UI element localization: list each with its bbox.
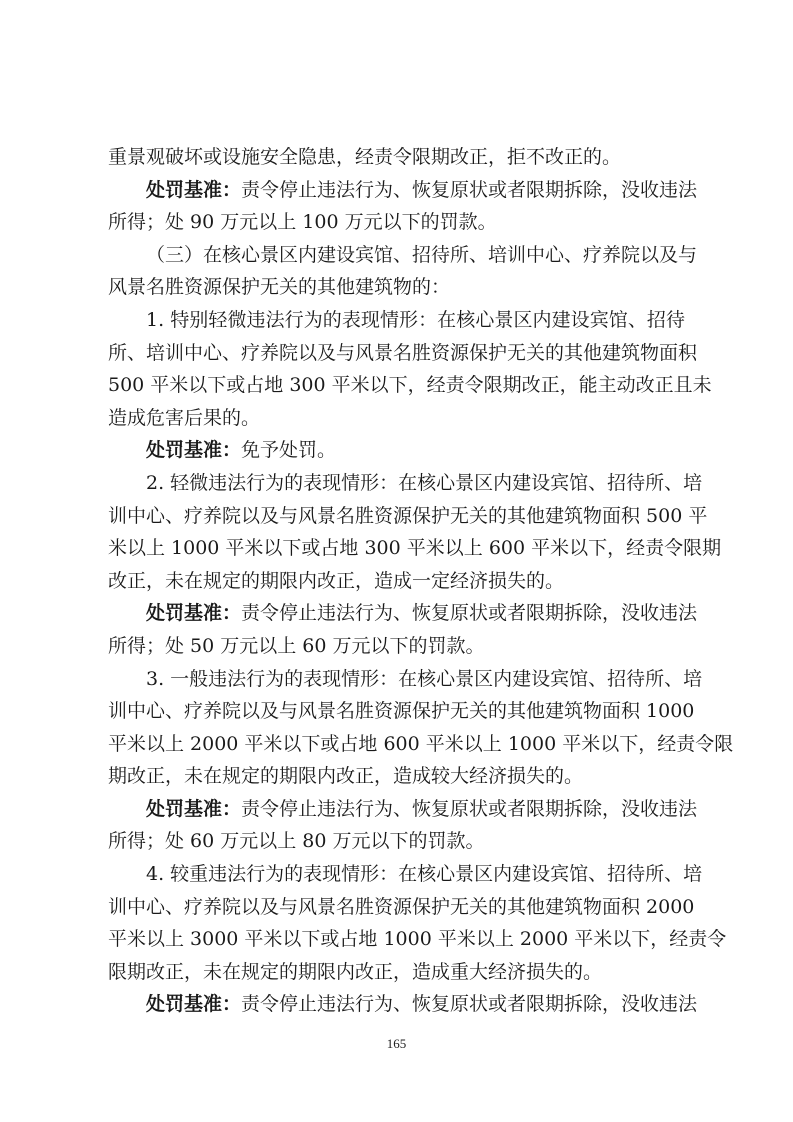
penalty-standard-label: 处罚基准： [146, 602, 241, 624]
text-line: 3. 一般违法行为的表现情形：在核心景区内建设宾馆、招待所、培 [108, 663, 685, 696]
penalty-standard-label: 处罚基准： [146, 439, 241, 461]
section-heading: 风景名胜资源保护无关的其他建筑物的： [108, 271, 685, 304]
text-line: 2. 轻微违法行为的表现情形：在核心景区内建设宾馆、招待所、培 [108, 467, 685, 500]
text-line: 500 平米以下或占地 300 平米以下，经责令限期改正，能主动改正且未 [108, 369, 685, 402]
text-line: 所得；处 60 万元以上 80 万元以下的罚款。 [108, 825, 685, 858]
text-line: 1. 特别轻微违法行为的表现情形：在核心景区内建设宾馆、招待 [108, 304, 685, 337]
text-line: 处罚基准：责令停止违法行为、恢复原状或者限期拆除，没收违法 [108, 988, 685, 1021]
penalty-standard-label: 处罚基准： [146, 179, 241, 201]
text-line: 米以上 1000 平米以下或占地 300 平米以上 600 平米以下，经责令限期 [108, 532, 685, 565]
text-line: 处罚基准：免予处罚。 [108, 434, 685, 467]
penalty-standard-label: 处罚基准： [146, 993, 241, 1015]
document-body: 重景观破坏或设施安全隐患，经责令限期改正，拒不改正的。 处罚基准：责令停止违法行… [108, 141, 688, 1021]
text-line: 处罚基准：责令停止违法行为、恢复原状或者限期拆除，没收违法 [108, 597, 685, 630]
penalty-standard-label: 处罚基准： [146, 798, 241, 820]
text-line: 所、培训中心、疗养院以及与风景名胜资源保护无关的其他建筑物面积 [108, 337, 685, 370]
text-line: 训中心、疗养院以及与风景名胜资源保护无关的其他建筑物面积 1000 [108, 695, 685, 728]
text-line: 训中心、疗养院以及与风景名胜资源保护无关的其他建筑物面积 2000 [108, 891, 685, 924]
text-line: 所得；处 90 万元以上 100 万元以下的罚款。 [108, 206, 685, 239]
text-line: 所得；处 50 万元以上 60 万元以下的罚款。 [108, 630, 685, 663]
text-line: 处罚基准：责令停止违法行为、恢复原状或者限期拆除，没收违法 [108, 793, 685, 826]
text-line: 训中心、疗养院以及与风景名胜资源保护无关的其他建筑物面积 500 平 [108, 500, 685, 533]
text-line: 4. 较重违法行为的表现情形：在核心景区内建设宾馆、招待所、培 [108, 858, 685, 891]
text-line: 改正，未在规定的期限内改正，造成一定经济损失的。 [108, 565, 685, 598]
text-line: 重景观破坏或设施安全隐患，经责令限期改正，拒不改正的。 [108, 141, 685, 174]
page-number: 165 [0, 1036, 793, 1052]
text-line: 平米以上 2000 平米以下或占地 600 平米以上 1000 平米以下，经责令… [108, 728, 685, 761]
text-line: 期改正，未在规定的期限内改正，造成较大经济损失的。 [108, 760, 685, 793]
text-line: 处罚基准：责令停止违法行为、恢复原状或者限期拆除，没收违法 [108, 174, 685, 207]
text-line: 限期改正，未在规定的期限内改正，造成重大经济损失的。 [108, 956, 685, 989]
text-line: 平米以上 3000 平米以下或占地 1000 平米以上 2000 平米以下，经责… [108, 923, 685, 956]
text-line: 造成危害后果的。 [108, 402, 685, 435]
section-heading: （三）在核心景区内建设宾馆、招待所、培训中心、疗养院以及与 [108, 239, 685, 272]
